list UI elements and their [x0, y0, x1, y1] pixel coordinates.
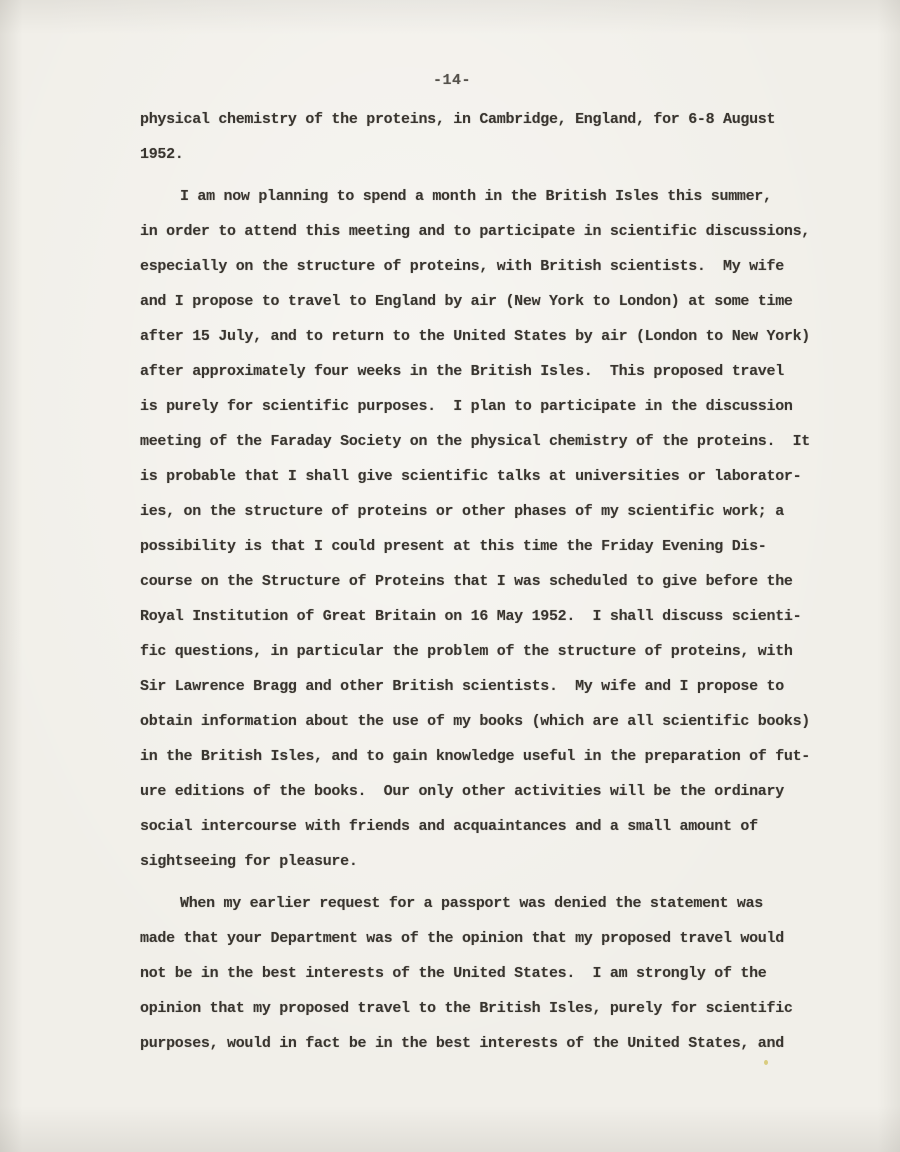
typewritten-line: obtain information about the use of my b… [140, 704, 840, 739]
document-page: -14- physical chemistry of the proteins,… [0, 0, 900, 1152]
typewritten-line: not be in the best interests of the Unit… [140, 956, 840, 991]
typewritten-line: made that your Department was of the opi… [140, 921, 840, 956]
paragraph-travel-plans: I am now planning to spend a month in th… [140, 179, 840, 879]
typewritten-line: I am now planning to spend a month in th… [140, 179, 840, 214]
page-number: -14- [0, 72, 900, 89]
letter-body: physical chemistry of the proteins, in C… [140, 102, 840, 1061]
typewritten-line: social intercourse with friends and acqu… [140, 809, 840, 844]
typewritten-line: Sir Lawrence Bragg and other British sci… [140, 669, 840, 704]
typewritten-line: after 15 July, and to return to the Unit… [140, 319, 840, 354]
typewritten-line: is purely for scientific purposes. I pla… [140, 389, 840, 424]
typewritten-line: possibility is that I could present at t… [140, 529, 840, 564]
typewritten-line: ure editions of the books. Our only othe… [140, 774, 840, 809]
typewritten-line: in order to attend this meeting and to p… [140, 214, 840, 249]
paper-speck [764, 1060, 768, 1065]
typewritten-line: after approximately four weeks in the Br… [140, 354, 840, 389]
typewritten-line: meeting of the Faraday Society on the ph… [140, 424, 840, 459]
typewritten-line: and I propose to travel to England by ai… [140, 284, 840, 319]
typewritten-line: purposes, would in fact be in the best i… [140, 1026, 840, 1061]
paragraph-continuation: physical chemistry of the proteins, in C… [140, 102, 840, 172]
typewritten-line: in the British Isles, and to gain knowle… [140, 739, 840, 774]
typewritten-line: fic questions, in particular the problem… [140, 634, 840, 669]
typewritten-line: physical chemistry of the proteins, in C… [140, 102, 840, 137]
typewritten-line: 1952. [140, 137, 840, 172]
paragraph-passport-denial: When my earlier request for a passport w… [140, 886, 840, 1061]
typewritten-line: When my earlier request for a passport w… [140, 886, 840, 921]
typewritten-line: opinion that my proposed travel to the B… [140, 991, 840, 1026]
typewritten-line: sightseeing for pleasure. [140, 844, 840, 879]
typewritten-line: Royal Institution of Great Britain on 16… [140, 599, 840, 634]
typewritten-line: course on the Structure of Proteins that… [140, 564, 840, 599]
typewritten-line: is probable that I shall give scientific… [140, 459, 840, 494]
typewritten-line: especially on the structure of proteins,… [140, 249, 840, 284]
typewritten-line: ies, on the structure of proteins or oth… [140, 494, 840, 529]
